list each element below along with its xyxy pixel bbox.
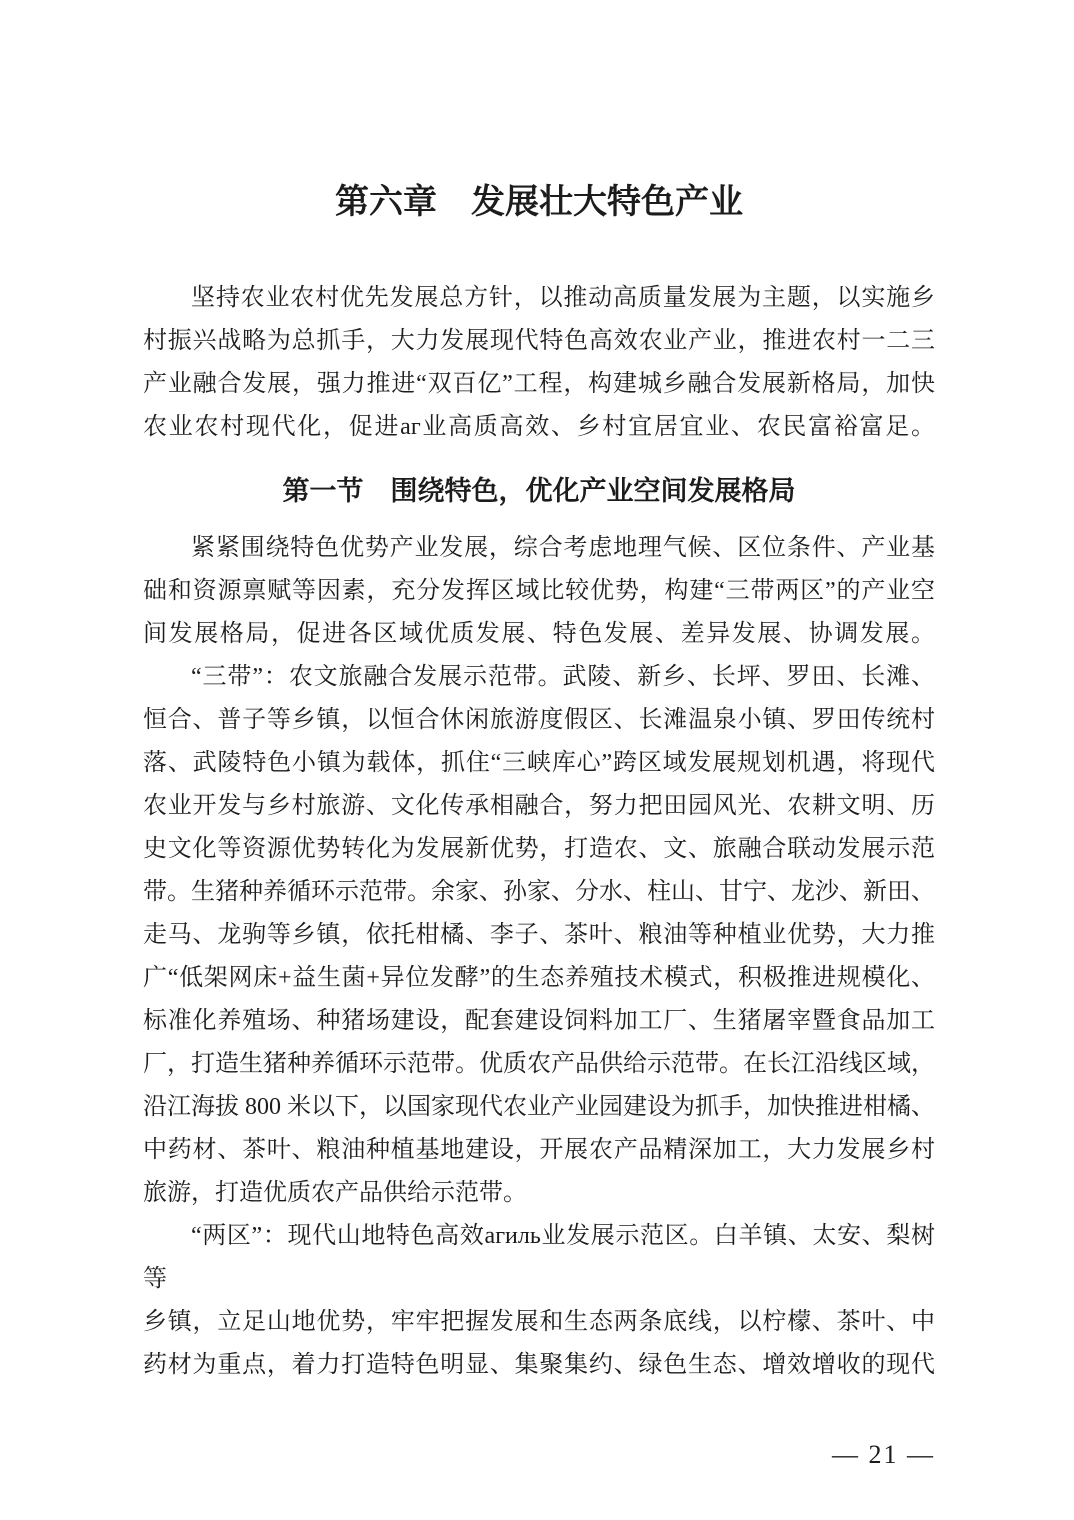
page-number: — 21 —	[143, 1433, 935, 1476]
text-line: 产业融合发展，强力推进“双百亿”工程，构建城乡融合发展新格局，加快	[143, 363, 935, 406]
chapter-title: 第六章 发展壮大特色产业	[143, 181, 935, 225]
text-line: 间发展格局，促进各区域优质发展、特色发展、差异发展、协调发展。	[143, 613, 935, 656]
text-line: 乡镇，立足山地优势，牢牢把握发展和生态两条底线，以柠檬、茶叶、中	[143, 1301, 935, 1344]
text-line: 史文化等资源优势转化为发展新优势，打造农、文、旅融合联动发展示范	[143, 828, 935, 871]
text-line: 带。生猪种养循环示范带。余家、孙家、分水、柱山、甘宁、龙沙、新田、	[143, 871, 935, 914]
paragraph-three-belts: “三带”：农文旅融合发展示范带。武陵、新乡、长坪、罗田、长滩、 恒合、普子等乡镇…	[143, 656, 935, 1215]
text-line: 旅游，打造优质农产品供给示范带。	[143, 1172, 935, 1215]
paragraph-overview: 紧紧围绕特色优势产业发展，综合考虑地理气候、区位条件、产业基 础和资源禀赋等因素…	[143, 527, 935, 656]
paragraph-two-zones: “两区”：现代山地特色高效агиль业发展示范区。白羊镇、太安、梨树等 乡镇，立…	[143, 1215, 935, 1387]
text-line: 厂，打造生猪种养循环示范带。优质农产品供给示范带。在长江沿线区域，	[143, 1043, 935, 1086]
text-line: 标准化养殖场、种猪场建设，配套建设饲料加工厂、生猪屠宰暨食品加工	[143, 1000, 935, 1043]
section-title: 第一节 围绕特色，优化产业空间发展格局	[143, 473, 935, 509]
text-line: 坚持农业农村优先发展总方针，以推动高质量发展为主题，以实施乡	[143, 277, 935, 320]
text-line: 广“低架网床+益生菌+异位发酵”的生态养殖技术模式，积极推进规模化、	[143, 957, 935, 1000]
paragraph-intro: 坚持农业农村优先发展总方针，以推动高质量发展为主题，以实施乡 村振兴战略为总抓手…	[143, 277, 935, 449]
text-line: 走马、龙驹等乡镇，依托柑橘、李子、茶叶、粮油等种植业优势，大力推	[143, 914, 935, 957]
text-line: 中药材、茶叶、粮油种植基地建设，开展农产品精深加工，大力发展乡村	[143, 1129, 935, 1172]
text-line: 沿江海拔 800 米以下，以国家现代农业产业园建设为抓手，加快推进柑橘、	[143, 1086, 935, 1129]
text-line: 农业开发与乡村旅游、文化传承相融合，努力把田园风光、农耕文明、历	[143, 785, 935, 828]
text-line: 紧紧围绕特色优势产业发展，综合考虑地理气候、区位条件、产业基	[143, 527, 935, 570]
text-line: 恒合、普子等乡镇，以恒合休闲旅游度假区、长滩温泉小镇、罗田传统村	[143, 699, 935, 742]
text-line: 础和资源禀赋等因素，充分发挥区域比较优势，构建“三带两区”的产业空	[143, 570, 935, 613]
text-line: 药材为重点，着力打造特色明显、集聚集约、绿色生态、增效增收的现代	[143, 1344, 935, 1387]
text-line: “三带”：农文旅融合发展示范带。武陵、新乡、长坪、罗田、长滩、	[143, 656, 935, 699]
document-page: 第六章 发展壮大特色产业 坚持农业农村优先发展总方针，以推动高质量发展为主题，以…	[0, 0, 1074, 1520]
text-line: 村振兴战略为总抓手，大力发展现代特色高效农业产业，推进农村一二三	[143, 320, 935, 363]
text-line: 农业农村现代化，促进аг业高质高效、乡村宜居宜业、农民富裕富足。	[143, 406, 935, 449]
text-line: 落、武陵特色小镇为载体，抓住“三峡库心”跨区域发展规划机遇，将现代	[143, 742, 935, 785]
text-line: “两区”：现代山地特色高效агиль业发展示范区。白羊镇、太安、梨树等	[143, 1215, 935, 1301]
page-content: 第六章 发展壮大特色产业 坚持农业农村优先发展总方针，以推动高质量发展为主题，以…	[0, 181, 1074, 1476]
